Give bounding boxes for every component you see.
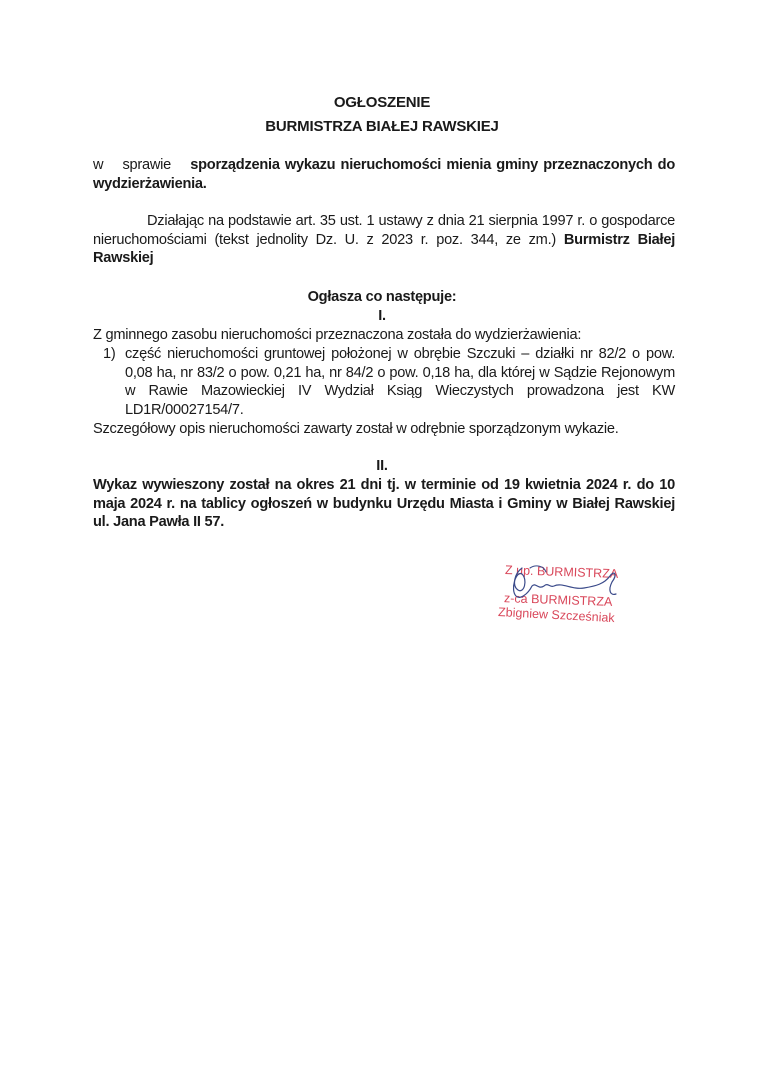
handwritten-signature-icon [492, 560, 642, 630]
document-issuer: BURMISTRZA BIAŁEJ RAWSKIEJ [0, 118, 764, 137]
intro-paragraph: Działając na podstawie art. 35 ust. 1 us… [93, 212, 675, 268]
section-1-detail: Szczegółowy opis nieruchomości zawarty z… [93, 420, 675, 439]
section-2-number: II. [0, 457, 764, 476]
list-item: 1) część nieruchomości gruntowej położon… [93, 345, 675, 419]
announce-heading: Ogłasza co następuje: [0, 288, 764, 307]
section-2-text: Wykaz wywieszony został na okres 21 dni … [93, 476, 675, 532]
document-title: OGŁOSZENIE [0, 94, 764, 113]
list-item-number: 1) [103, 345, 115, 364]
section-1-number: I. [0, 307, 764, 326]
subject-prefix: w sprawie [93, 157, 190, 173]
section-1-intro: Z gminnego zasobu nieruchomości przeznac… [93, 326, 675, 345]
signature-stamp: Z up. BURMISTRZA z-ca BURMISTRZA Zbignie… [492, 560, 642, 630]
document-page: OGŁOSZENIE BURMISTRZA BIAŁEJ RAWSKIEJ w … [0, 0, 764, 1080]
list-item-text: część nieruchomości gruntowej położonej … [125, 345, 675, 419]
subject-paragraph: w sprawie sporządzenia wykazu nieruchomo… [93, 156, 675, 193]
